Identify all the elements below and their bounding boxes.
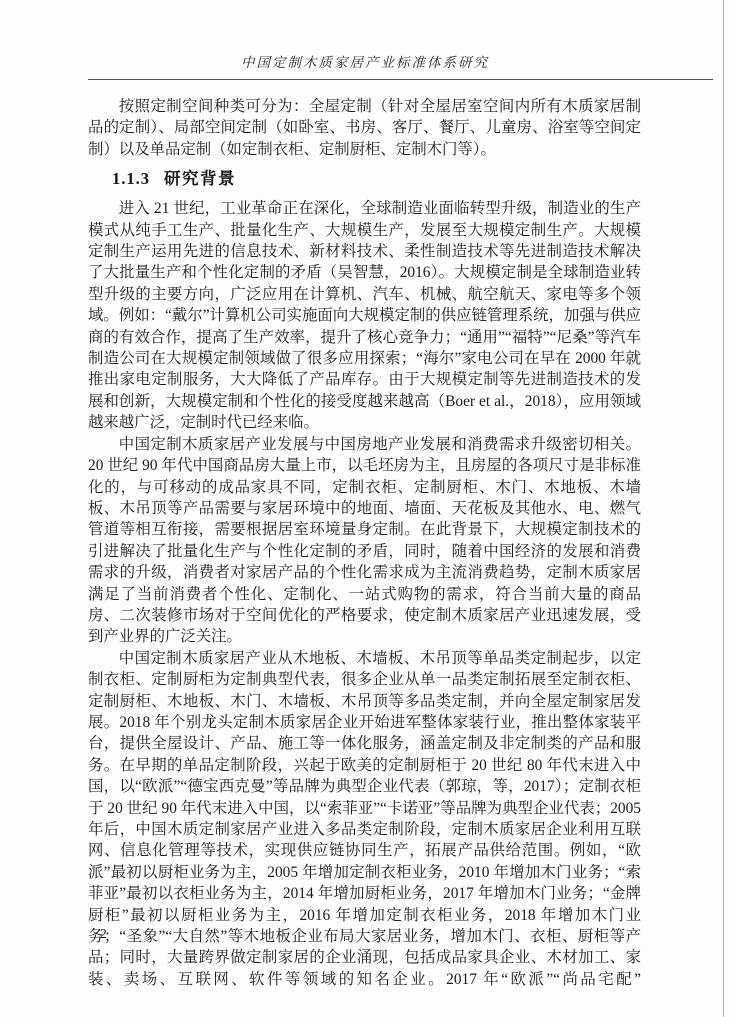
section-title: 研究背景 <box>164 169 236 188</box>
running-header-title: 中国定制木质家居产业标准体系研究 <box>0 51 730 71</box>
section-number: 1.1.3 <box>112 169 150 188</box>
body-paragraph-mass-customization: 进入 21 世纪，工业革命正在深化，全球制造业面临转型升级，制造业的生产模式从纯… <box>88 198 641 433</box>
page-body: 按照定制空间种类可分为：全屋定制（针对全屋居室空间内所有木质家居制品的定制）、局… <box>88 96 641 990</box>
document-page: 中国定制木质家居产业标准体系研究 按照定制空间种类可分为：全屋定制（针对全屋居室… <box>0 0 730 1017</box>
body-paragraph-industry-development: 中国定制木质家居产业从木地板、木墙板、木吊顶等单品类定制起步，以定制衣柜、定制厨… <box>88 648 641 991</box>
body-paragraph-china-housing: 中国定制木质家居产业发展与中国房地产业发展和消费需求升级密切相关。20 世纪 9… <box>88 434 641 648</box>
section-heading: 1.1.3研究背景 <box>112 168 641 190</box>
header-rule <box>88 79 713 80</box>
page-edge-line <box>723 0 724 1017</box>
page-number: 2 <box>100 924 107 944</box>
body-paragraph-customization-types: 按照定制空间种类可分为：全屋定制（针对全屋居室空间内所有木质家居制品的定制）、局… <box>88 96 641 160</box>
